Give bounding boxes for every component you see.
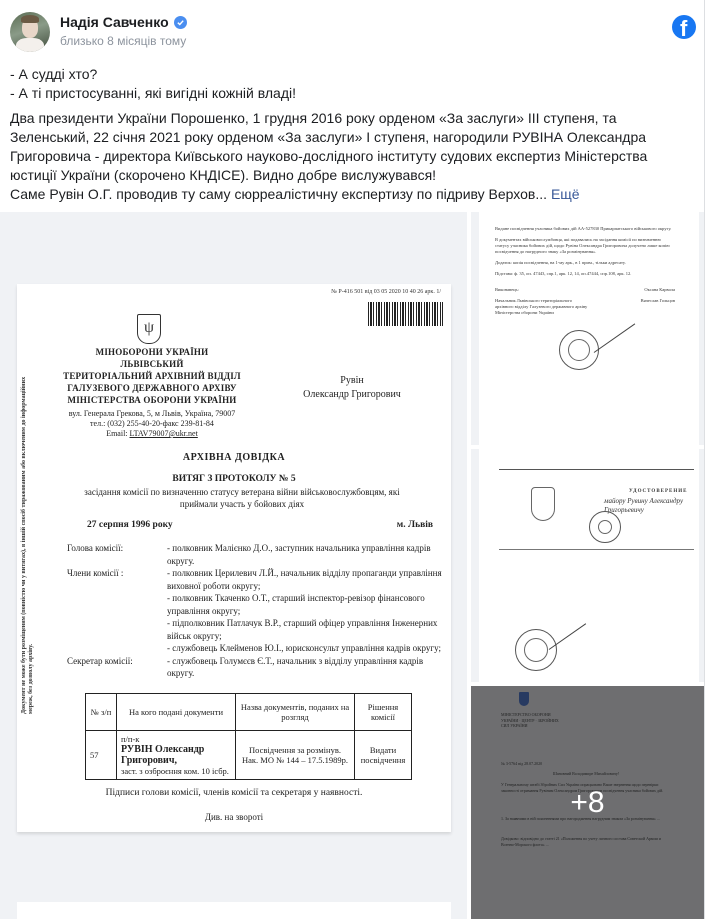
post-text-paragraph: Два президенти України Порошенко, 1 груд…: [10, 109, 696, 185]
author-name[interactable]: Надія Савченко: [60, 14, 169, 30]
photo-thumbnail-2[interactable]: УДОСТОВЕРЕНИЕ майору Рувину Александру Г…: [471, 449, 704, 682]
doc-subtitle-description: засідання комісії по визначенню статусу …: [77, 486, 407, 510]
see-more-link[interactable]: Ещё: [551, 186, 580, 202]
photo-main-document[interactable]: № Р-416 501 від 03 05 2020 10 40 26 арк.…: [0, 212, 467, 919]
signature-icon: [549, 623, 586, 650]
post-timestamp[interactable]: близько 8 місяців тому: [60, 34, 186, 48]
doc-signatures-note: Підписи голови комісії, членів комісії т…: [17, 788, 451, 798]
post-text-line: - А ті пристосуванні, які вигідні кожній…: [10, 84, 696, 103]
more-photos-count: +8: [570, 786, 604, 820]
official-stamp-icon: [589, 511, 621, 543]
doc-header-note: № Р-416 501 від 03 05 2020 10 40 26 арк.…: [141, 289, 441, 296]
doc-recipient: Рувін Олександр Григорович: [272, 374, 432, 402]
post-text-truncated: Саме Рувін О.Г. проводив ту саму сюрреал…: [10, 186, 547, 202]
document-page-2: Видане посвідчення учасника бойових дій …: [479, 212, 699, 445]
medal-badge-icon: [531, 487, 555, 521]
archive-certificate-page: № Р-416 501 від 03 05 2020 10 40 26 арк.…: [17, 284, 451, 832]
photo-thumbnail-more[interactable]: МІНІСТЕРСТВО ОБОРОНИ УКРАЇНИ · ЦЕНТР · З…: [471, 686, 704, 919]
post-body: - А судді хто? - А ті пристосуванні, які…: [10, 65, 696, 204]
official-stamp-icon: [559, 330, 599, 370]
facebook-logo-icon[interactable]: f: [672, 15, 696, 39]
commission-list: Голова комісії:- полковник Малієнко Д.О.…: [67, 542, 447, 680]
doc-address: вул. Генерала Грекова, 5, м Львів, Украї…: [47, 409, 257, 439]
signature-icon: [594, 323, 636, 352]
photo-thumbnail-1[interactable]: Видане посвідчення учасника бойових дій …: [471, 212, 704, 445]
doc-margin-note: Документ не може бути розміщеним (повніс…: [21, 374, 35, 714]
doc-subtitle: ВИТЯГ З ПРОТОКОЛУ № 5: [17, 474, 451, 484]
post-text-line: - А судді хто?: [10, 65, 696, 84]
certificate-page: УДОСТОВЕРЕНИЕ майору Рувину Александру Г…: [479, 449, 699, 682]
barcode-icon: [368, 302, 443, 326]
post-header: Надія Савченко близько 8 місяців тому f: [10, 12, 700, 52]
official-stamp-icon: [515, 629, 557, 671]
author-avatar[interactable]: [10, 12, 50, 52]
post-text-paragraph: Саме Рувін О.Г. проводив ту саму сюрреал…: [10, 185, 696, 204]
facebook-post-card: Надія Савченко близько 8 місяців тому f …: [0, 0, 705, 919]
verified-badge-icon: [174, 16, 187, 29]
doc-organization: МІНОБОРОНИ УКРАЇНИ ЛЬВІВСЬКИЙ ТЕРИТОРІАЛ…: [47, 346, 257, 406]
protocol-table: № з/п На кого подані документи Назва док…: [85, 693, 412, 780]
next-page-edge: [17, 902, 451, 919]
doc-turn-over-note: Див. на звороті: [17, 812, 451, 822]
doc-title: АРХІВНА ДОВІДКА: [17, 452, 451, 463]
doc-date: 27 серпня 1996 року: [87, 520, 173, 530]
doc-city: м. Львів: [397, 520, 433, 530]
trident-emblem-icon: ψ: [137, 314, 161, 344]
photo-grid: № Р-416 501 від 03 05 2020 10 40 26 арк.…: [0, 212, 704, 919]
more-photos-overlay[interactable]: +8: [471, 686, 704, 919]
author-row: Надія Савченко: [60, 14, 187, 30]
